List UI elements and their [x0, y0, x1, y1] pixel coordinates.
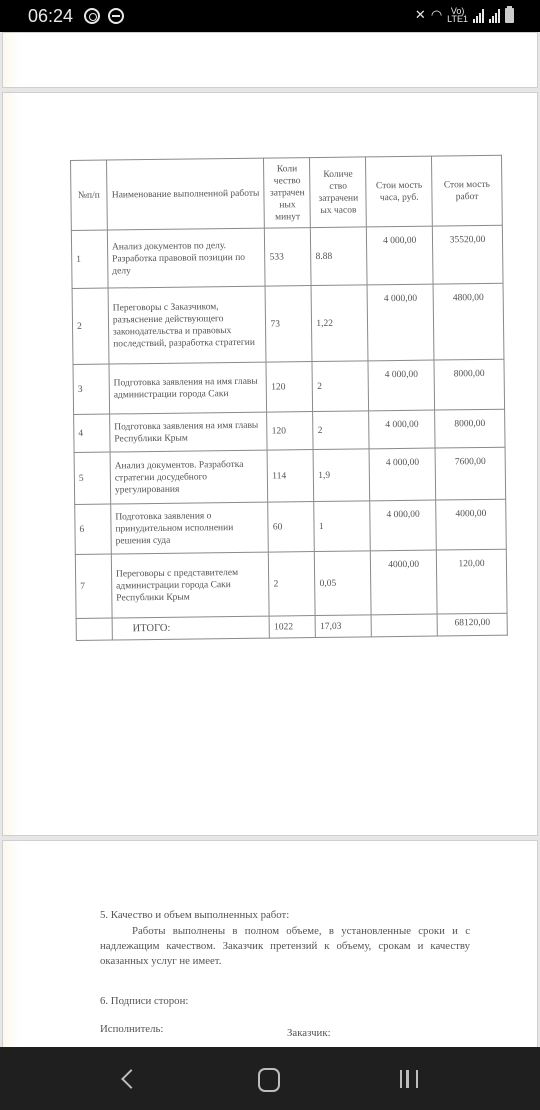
row-hour-rate: 4 000,00	[367, 284, 434, 361]
lte-label: LTE1	[447, 14, 468, 24]
row-minutes: 114	[267, 450, 314, 503]
row-work-cost: 4000,00	[436, 499, 506, 550]
total-minutes: 1022	[269, 616, 315, 639]
row-hours: 1,22	[311, 285, 368, 362]
row-work-cost: 120,00	[436, 549, 507, 614]
row-hours: 1	[314, 501, 371, 552]
row-work-name: Переговоры с представителем администраци…	[111, 552, 269, 618]
row-hours: 8.88	[311, 227, 368, 286]
row-minutes: 120	[266, 362, 313, 413]
header-hour-rate: Стои мость часа, руб.	[366, 156, 433, 227]
row-work-name: Переговоры с Заказчиком, разъяснение дей…	[108, 286, 266, 364]
row-work-cost: 8000,00	[435, 409, 505, 448]
total-hour-rate	[371, 614, 437, 637]
navigation-bar	[0, 1047, 540, 1110]
row-minutes: 533	[265, 228, 312, 287]
row-work-cost: 35520,00	[432, 225, 503, 284]
row-minutes: 60	[268, 502, 315, 553]
row-hours: 2	[312, 361, 369, 412]
table-row: 3 Подготовка заявления на имя главы адми…	[73, 359, 505, 414]
recent-apps-button[interactable]	[396, 1065, 426, 1095]
row-work-cost: 7600,00	[435, 447, 506, 500]
status-time: 06:24	[28, 6, 73, 27]
row-work-name: Подготовка заявления на имя главы админи…	[109, 362, 267, 414]
row-number: 2	[72, 288, 109, 364]
back-button[interactable]	[115, 1065, 145, 1095]
table-row: 4 Подготовка заявления на имя главы Респ…	[74, 409, 505, 452]
row-hours: 1,9	[313, 449, 370, 502]
row-hours: 2	[313, 411, 369, 450]
header-work-name: Наименование выполненной работы	[106, 158, 264, 230]
page-edge	[3, 93, 21, 835]
wifi-icon: ◠	[431, 7, 442, 23]
total-label: ИТОГО:	[112, 616, 270, 640]
section-6-title: 6. Подписи сторон:	[100, 994, 188, 1009]
header-minutes: Коли чество затрачен ных минут	[264, 158, 311, 229]
row-hour-rate: 4 000,00	[367, 226, 434, 285]
section-5-body: Работы выполнены в полном объеме, в уста…	[100, 924, 470, 969]
row-hour-rate: 4 000,00	[368, 360, 434, 411]
table-row: 2 Переговоры с Заказчиком, разъяснение д…	[72, 283, 504, 364]
home-button[interactable]	[255, 1065, 285, 1095]
row-number: 1	[71, 230, 108, 288]
signal-sim2-icon	[489, 9, 500, 23]
row-work-cost: 8000,00	[434, 359, 504, 410]
row-minutes: 120	[267, 412, 313, 451]
row-hours: 0,05	[315, 551, 372, 616]
battery-icon	[505, 8, 514, 23]
table-total-row: ИТОГО: 1022 17,03 68120,00	[76, 613, 507, 640]
table-row: 5 Анализ документов. Разработка стратеги…	[74, 447, 506, 504]
row-hour-rate: 4 000,00	[369, 410, 435, 449]
table-header-row: №п/п Наименование выполненной работы Кол…	[71, 155, 503, 230]
signer-executor-label: Исполнитель:	[100, 1022, 163, 1037]
table-row: 7 Переговоры с представителем администра…	[75, 549, 507, 618]
row-hour-rate: 4 000,00	[369, 448, 435, 501]
total-number	[76, 618, 112, 640]
signal-sim1-icon	[473, 9, 484, 23]
signer-customer-label: Заказчик:	[287, 1026, 331, 1041]
whatsapp-icon	[84, 8, 100, 24]
section-5-title: 5. Качество и объем выполненных работ:	[100, 908, 289, 923]
status-right-icons: ✕ ◠ Vo) LTE1	[415, 7, 514, 23]
row-number: 6	[75, 504, 112, 554]
row-work-name: Анализ документов. Разработка стратегии …	[110, 450, 268, 504]
volte-lte-icon: Vo) LTE1	[447, 7, 468, 23]
row-hour-rate: 4000,00	[371, 550, 438, 615]
row-number: 3	[73, 364, 110, 414]
header-number: №п/п	[71, 160, 108, 230]
document-page-previous[interactable]	[2, 32, 538, 88]
row-work-name: Подготовка заявления на имя главы Респуб…	[110, 412, 268, 452]
page-edge	[3, 33, 21, 87]
row-minutes: 2	[269, 552, 316, 617]
do-not-disturb-icon	[108, 8, 124, 24]
header-work-cost: Стои мость работ	[432, 155, 503, 226]
row-work-name: Анализ документов по делу. Разработка пр…	[107, 228, 265, 288]
mute-vibrate-icon: ✕	[415, 7, 426, 23]
status-bar: 06:24 ✕ ◠ Vo) LTE1	[0, 0, 540, 32]
row-minutes: 73	[265, 286, 312, 363]
row-work-name: Подготовка заявления о принудительном ис…	[111, 502, 269, 554]
row-number: 7	[75, 554, 112, 618]
status-left-icons	[84, 8, 124, 24]
work-cost-table: №п/п Наименование выполненной работы Кол…	[70, 155, 508, 641]
header-hours: Количе ство затрачени ых часов	[310, 157, 367, 228]
row-hour-rate: 4 000,00	[370, 500, 436, 551]
row-number: 5	[74, 452, 111, 504]
page-edge	[3, 841, 21, 1049]
table-row: 6 Подготовка заявления о принудительном …	[75, 499, 507, 554]
table-row: 1 Анализ документов по делу. Разработка …	[71, 225, 503, 288]
total-work-cost: 68120,00	[437, 613, 507, 636]
total-hours: 17,03	[315, 615, 371, 638]
row-work-cost: 4800,00	[433, 283, 504, 360]
row-number: 4	[74, 414, 110, 452]
